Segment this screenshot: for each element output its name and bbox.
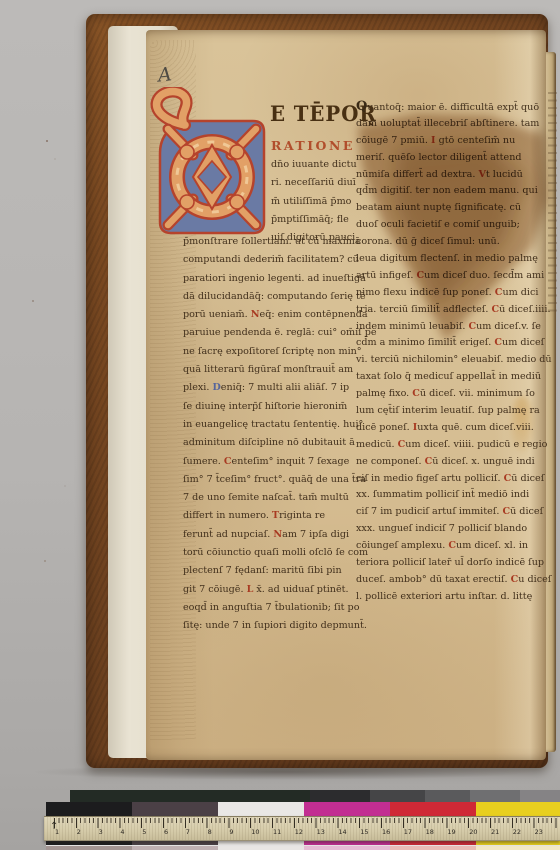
line-text: ciſ in medio figeſ artu polliciſ. (356, 473, 504, 484)
manuscript-line: computandi dederim̄ facilitatem? cū (183, 251, 355, 269)
manuscript-line: ferunt̄ ad nupciaſ. Nam 7 ipſa digi (183, 526, 355, 544)
manuscript-line: ſim° 7 t̄ceſim° fruct°. quāq̄ de una t̄r… (183, 471, 355, 489)
ruler-number: 22 (513, 828, 521, 836)
line-text: uxta quē. cum diceſ.viii. (417, 422, 534, 433)
ruler-number: 1 (55, 828, 59, 836)
line-text: dicē poneſ. (356, 422, 413, 433)
ruler-number: 11 (273, 828, 281, 836)
line-text: gtō centeſim̄ nu (436, 135, 516, 146)
versal-letter: C (491, 304, 499, 315)
manuscript-line: paratiori ingenio legenti. ad inueſtigā (183, 270, 355, 288)
line-text: qd̄m digitiſ. ter non eadem manu. qui (356, 185, 538, 196)
right-text-column: Quantoq̄: maior ē. difficultā expt̄ quōd… (356, 99, 532, 606)
ruler-number: 2 (77, 828, 81, 836)
color-calibration-bar: ↑ 1234567891011121314151617181920212223 (0, 788, 560, 850)
line-text: tria. terciū ſimilit̄ adflecteſ. (356, 304, 491, 315)
line-text: um diceſ duo. ſecd̄m ami (424, 270, 544, 281)
manuscript-line: ſe diuinę interp̄ſ hiſtorie hieronim̄ (183, 398, 355, 416)
line-text: eniq̄: 7 multi alii aliāſ. 7 ip (221, 382, 349, 393)
versal-letter: C (494, 337, 502, 348)
manuscript-line: xxx. ungueſ indiciſ 7 polliciſ blando (356, 521, 532, 538)
line-text: ū diceſ (511, 473, 544, 484)
manuscript-line: ſumere. Centeſim° inquit 7 ſexage (183, 453, 355, 471)
versal-letter: D (212, 382, 220, 393)
ruler-number: 21 (491, 828, 499, 836)
color-swatch (476, 846, 560, 850)
ruler-number: 19 (447, 828, 455, 836)
manuscript-line: tria. terciū ſimilit̄ adflecteſ. Cū dice… (356, 302, 532, 319)
line-text: palmę fixo. (356, 388, 412, 399)
ruler-number: 8 (208, 828, 212, 836)
manuscript-line: indem minimū leuabiſ. Cum diceſ.v. ſe (356, 319, 532, 336)
line-text: plectenſ 7 fędanſ: maritū ſibi pin (183, 565, 342, 576)
line-text: computandi dederim̄ facilitatem? cū (183, 254, 359, 265)
manuscript-line: p̄monſtrare ſollertiam. ut cū maximā (183, 233, 355, 251)
manuscript-line: teriora polliciſ later̄ ul̄ dorſo indicē… (356, 555, 532, 572)
manuscript-line: leua digitum flectenſ. in medio palmę (356, 251, 532, 268)
manuscript-line: dam uoluptat̄ illecebriſ abſtinere. tam (356, 116, 532, 133)
line-text: beatam aiunt nuptę ſignificatę. cū (356, 202, 521, 213)
line-text: vi. terciū nichilomin° eleuabiſ. medio d… (356, 354, 552, 365)
manuscript-line: 7 de uno ſemite naſcat̄. tam̄ multū (183, 489, 355, 507)
manuscript-line: quā litterarū figūraſ monſtrauit̄ am (183, 361, 355, 379)
line-text: ciſ 7 im pudiciſ artuſ immiteſ. (356, 506, 502, 517)
line-text: p̄mptiſſimāq̄; fle (271, 214, 349, 225)
manuscript-line: vi. terciū nichilomin° eleuabiſ. medio d… (356, 352, 532, 369)
left-text-column: p̄monſtrare ſollertiam. ut cū maximācomp… (183, 233, 355, 636)
line-text: ū diceſ (510, 506, 543, 517)
manuscript-line: p̄mptiſſimāq̄; fle (271, 211, 355, 229)
line-text: am 7 ipſa digi (282, 529, 349, 540)
versal-letter: T (272, 510, 279, 521)
line-text: t lucidū (486, 169, 523, 180)
ruler-number: 10 (251, 828, 259, 836)
ruler-numbers: 1234567891011121314151617181920212223 (44, 828, 560, 838)
manuscript-line: taxat ſolo q̄ medicuſ appellat̄ in mediū (356, 369, 532, 386)
line-text: xxx. ungueſ indiciſ 7 polliciſ blando (356, 523, 527, 534)
manuscript-line: plectenſ 7 fędanſ: maritū ſibi pin (183, 562, 355, 580)
versal-letter: C (448, 540, 456, 551)
line-text: lum cęt̄iſ interim leuatiſ. ſup palmę ra (356, 405, 540, 416)
line-text: porū ueniam̄. (183, 309, 251, 320)
manuscript-line: palmę fixo. Cū diceſ. vii. minimum ſo (356, 386, 532, 403)
line-text: p̄monſtrare ſollertiam. ut cū maximā (183, 236, 361, 247)
line-text: cōiugē 7 pmiū. (356, 135, 431, 146)
dust-specks (46, 140, 48, 142)
manuscript-line: corona. dū ḡ diceſ ſimul: unū. (356, 234, 532, 251)
line-text: ū diceſ.iiii. (499, 304, 550, 315)
ruler-number: 7 (186, 828, 190, 836)
color-swatch (304, 846, 390, 850)
line-text: in euangelicę tractatu ſententię. hui° (183, 419, 363, 430)
ruler-number: 3 (99, 828, 103, 836)
line-text: git 7 cōiugē. (183, 584, 247, 595)
versal-letter: N (251, 309, 260, 320)
line-text: cōiungeſ amplexu. (356, 540, 448, 551)
decorated-initial-d (147, 87, 273, 239)
line-text: differt in numero. (183, 510, 272, 521)
versal-letter: Q (356, 99, 367, 114)
line-text: x̄. ad uiduaſ ptinēt. (253, 584, 348, 595)
line-text: cd̄m a minimo ſimilit̄ erigeſ. (356, 337, 494, 348)
line-text: ri. neceſſariū diuī (271, 177, 356, 188)
color-swatch (218, 846, 304, 850)
line-text: eoqd̄ in anguſtia 7 t̄bulationib; ſit po (183, 602, 359, 613)
manuscript-line: ne componeſ. Cū diceſ. x. unguē indi (356, 454, 532, 471)
line-text: um diceſ. viiii. pudicū e regio (405, 439, 547, 450)
line-text: duoſ oculi facietiſ e comiſ unguib; (356, 219, 520, 230)
initial-d-artwork (147, 87, 273, 239)
line-text: riginta re (279, 510, 325, 521)
manuscript-line: xx. ſummatim polliciſ int̄ mediō indi (356, 487, 532, 504)
color-swatch (46, 846, 132, 850)
line-text: ſumere. (183, 456, 224, 467)
line-text: ne ſacrę expoſitoreſ ſcriptę non min° (183, 346, 362, 357)
manuscript-line: nūmiſa differt̄ ad dextra. Vt lucidū (356, 167, 532, 184)
manuscript-line: Quantoq̄: maior ē. difficultā expt̄ quō (356, 99, 532, 116)
incipit-heading: E TĒPOR̨ (270, 101, 351, 126)
versal-letter: C (417, 270, 425, 281)
line-text: uantoq̄: maior ē. difficultā expt̄ quō (367, 102, 539, 113)
next-page-text-sliver (548, 92, 557, 312)
line-text: plexi. (183, 382, 212, 393)
manuscript-line: ſitę: unde 7 in ſupiori digito depmunt̄. (183, 617, 355, 635)
ruler-number: 13 (317, 828, 325, 836)
manuscript-line: cōiungeſ amplexu. Cum diceſ. xl. in (356, 538, 532, 555)
line-text: 7 de uno ſemite naſcat̄. tam̄ multū (183, 492, 349, 503)
versal-letter: C (412, 388, 420, 399)
ruler: ↑ 1234567891011121314151617181920212223 (44, 816, 560, 841)
color-swatch (390, 846, 476, 850)
line-text: ſitę: unde 7 in ſupiori digito depmunt̄. (183, 620, 367, 631)
manuscript-line: beatam aiunt nuptę ſignificatę. cū (356, 200, 532, 217)
manuscript-line: ne ſacrę expoſitoreſ ſcriptę non min° (183, 343, 355, 361)
manuscript-line: duceſ. ambob° dū taxat erectiſ. Cu diceſ (356, 572, 532, 589)
versal-letter: V (478, 169, 485, 180)
manuscript-line: m̄ utiliſſimā p̄mo (271, 193, 355, 211)
line-text: dā dilucidandāq̄: computando ſerię tē (183, 291, 366, 302)
manuscript-line: paruiue pendenda ē. reglā: cui° om̄iſ pe (183, 324, 355, 342)
manuscript-line: dn̄o iuuante dictu (271, 156, 355, 174)
manuscript-line: qd̄m digitiſ. ter non eadem manu. qui (356, 183, 532, 200)
manuscript-line: plexi. Deniq̄: 7 multi alii aliāſ. 7 ip (183, 379, 355, 397)
line-text: u diceſ (518, 574, 551, 585)
manuscript-line: dā dilucidandāq̄: computando ſerię tē (183, 288, 355, 306)
manuscript-line: l. pollicē exteriori artu inſtar. d. lit… (356, 589, 532, 606)
ruler-number: 5 (142, 828, 146, 836)
ruler-number: 17 (404, 828, 412, 836)
line-text: artū infigeſ. (356, 270, 417, 281)
ruler-number: 16 (382, 828, 390, 836)
line-text: xx. ſummatim polliciſ int̄ mediō indi (356, 489, 529, 500)
line-text: nūmiſa differt̄ ad dextra. (356, 169, 478, 180)
ruler-number: 23 (535, 828, 543, 836)
manuscript-line: dicē poneſ. Iuxta quē. cum diceſ.viii. (356, 420, 532, 437)
manuscript-line: ri. neceſſariū diuī (271, 174, 355, 192)
line-text: enteſim° inquit 7 ſexage (232, 456, 350, 467)
manuscript-line: cd̄m a minimo ſimilit̄ erigeſ. Cum diceſ (356, 335, 532, 352)
ruler-number: 15 (360, 828, 368, 836)
manuscript-line: ciſ in medio figeſ artu polliciſ. Cū dic… (356, 471, 532, 488)
manuscript-line: porū ueniam̄. Neq̄: enim contēpnenda (183, 306, 355, 324)
ruler-number: 6 (164, 828, 168, 836)
manuscript-line: eoqd̄ in anguſtia 7 t̄bulationib; ſit po (183, 599, 355, 617)
manuscript-line: ciſ 7 im pudiciſ artuſ immiteſ. Cū diceſ (356, 504, 532, 521)
line-text: adminitum diſcipline nō dubitauit ā (183, 437, 355, 448)
manuscript-line: artū infigeſ. Cum diceſ duo. ſecd̄m ami (356, 268, 532, 285)
line-text: um diceſ. xl. in (456, 540, 528, 551)
line-text: corona. dū ḡ diceſ ſimul: unū. (356, 236, 500, 247)
color-swatch (132, 846, 218, 850)
line-text: indem minimū leuabiſ. (356, 321, 468, 332)
versal-letter: C (224, 456, 232, 467)
line-text: ne componeſ. (356, 456, 425, 467)
manuscript-line: meriſ. quēſo lector diligent̄ attend (356, 150, 532, 167)
manuscript-line: in euangelicę tractatu ſententię. hui° (183, 416, 355, 434)
line-text: um diceſ (502, 337, 544, 348)
ruler-number: 20 (469, 828, 477, 836)
line-text: dn̄o iuuante dictu (271, 159, 357, 170)
manuscript-line: torū cōiunctio quaſi molli oſclō ſe com (183, 544, 355, 562)
manuscript-line: git 7 cōiugē. L x̄. ad uiduaſ ptinēt. (183, 581, 355, 599)
line-text: ſe diuinę interp̄ſ hiſtorie hieronim̄ (183, 401, 347, 412)
manuscript-line: duoſ oculi facietiſ e comiſ unguib; (356, 217, 532, 234)
incipit-heading-rubric: RATIONE (271, 138, 355, 153)
line-text: eq̄: enim contēpnenda (260, 309, 368, 320)
line-text: nimo flexu indicē ſup poneſ. (356, 287, 495, 298)
line-text: torū cōiunctio quaſi molli oſclō ſe com (183, 547, 368, 558)
line-text: ſim° 7 t̄ceſim° fruct°. quāq̄ de una t̄r… (183, 474, 366, 485)
manuscript-line: adminitum diſcipline nō dubitauit ā (183, 434, 355, 452)
line-text: ferunt̄ ad nupciaſ. (183, 529, 273, 540)
line-text: paruiue pendenda ē. reglā: cui° om̄iſ pe (183, 327, 377, 338)
line-text: quā litterarū figūraſ monſtrauit̄ am (183, 364, 353, 375)
versal-letter: C (468, 321, 476, 332)
line-text: meriſ. quēſo lector diligent̄ attend (356, 152, 522, 163)
manuscript-line: lum cęt̄iſ interim leuatiſ. ſup palmę ra (356, 403, 532, 420)
versal-letter: C (502, 506, 510, 517)
line-text: teriora polliciſ later̄ ul̄ dorſo indicē… (356, 557, 544, 568)
ruler-number: 4 (120, 828, 124, 836)
photo-of-manuscript: A (0, 0, 560, 850)
ruler-number: 18 (426, 828, 434, 836)
manuscript-line: nimo flexu indicē ſup poneſ. Cum dici (356, 285, 532, 302)
calibration-tint-patches (46, 846, 560, 850)
line-text: m̄ utiliſſimā p̄mo (271, 196, 351, 207)
line-text: leua digitum flectenſ. in medio palmę (356, 253, 538, 264)
ruler-cm-ticks (54, 818, 560, 828)
line-text: ū diceſ. vii. minimum ſo (420, 388, 535, 399)
line-text: paratiori ingenio legenti. ad inueſtigā (183, 273, 366, 284)
ruler-number: 12 (295, 828, 303, 836)
ruler-number: 14 (338, 828, 346, 836)
line-text: dam uoluptat̄ illecebriſ abſtinere. tam (356, 118, 539, 129)
line-text: l. pollicē exteriori artu inſtar. d. lit… (356, 591, 532, 602)
line-text: ū diceſ. x. unguē indi (432, 456, 535, 467)
folio-mark: A (157, 63, 173, 86)
manuscript-line: medicū. Cum diceſ. viiii. pudicū e regio (356, 437, 532, 454)
line-text: um diceſ.v. ſe (476, 321, 541, 332)
manuscript-line: differt in numero. Triginta re (183, 507, 355, 525)
line-text: medicū. (356, 439, 398, 450)
versal-letter: N (273, 529, 282, 540)
ruler-number: 9 (229, 828, 233, 836)
line-text: duceſ. ambob° dū taxat erectiſ. (356, 574, 511, 585)
line-text: taxat ſolo q̄ medicuſ appellat̄ in mediū (356, 371, 541, 382)
line-text: um dici (502, 287, 538, 298)
manuscript-line: cōiugē 7 pmiū. I gtō centeſim̄ nu (356, 133, 532, 150)
